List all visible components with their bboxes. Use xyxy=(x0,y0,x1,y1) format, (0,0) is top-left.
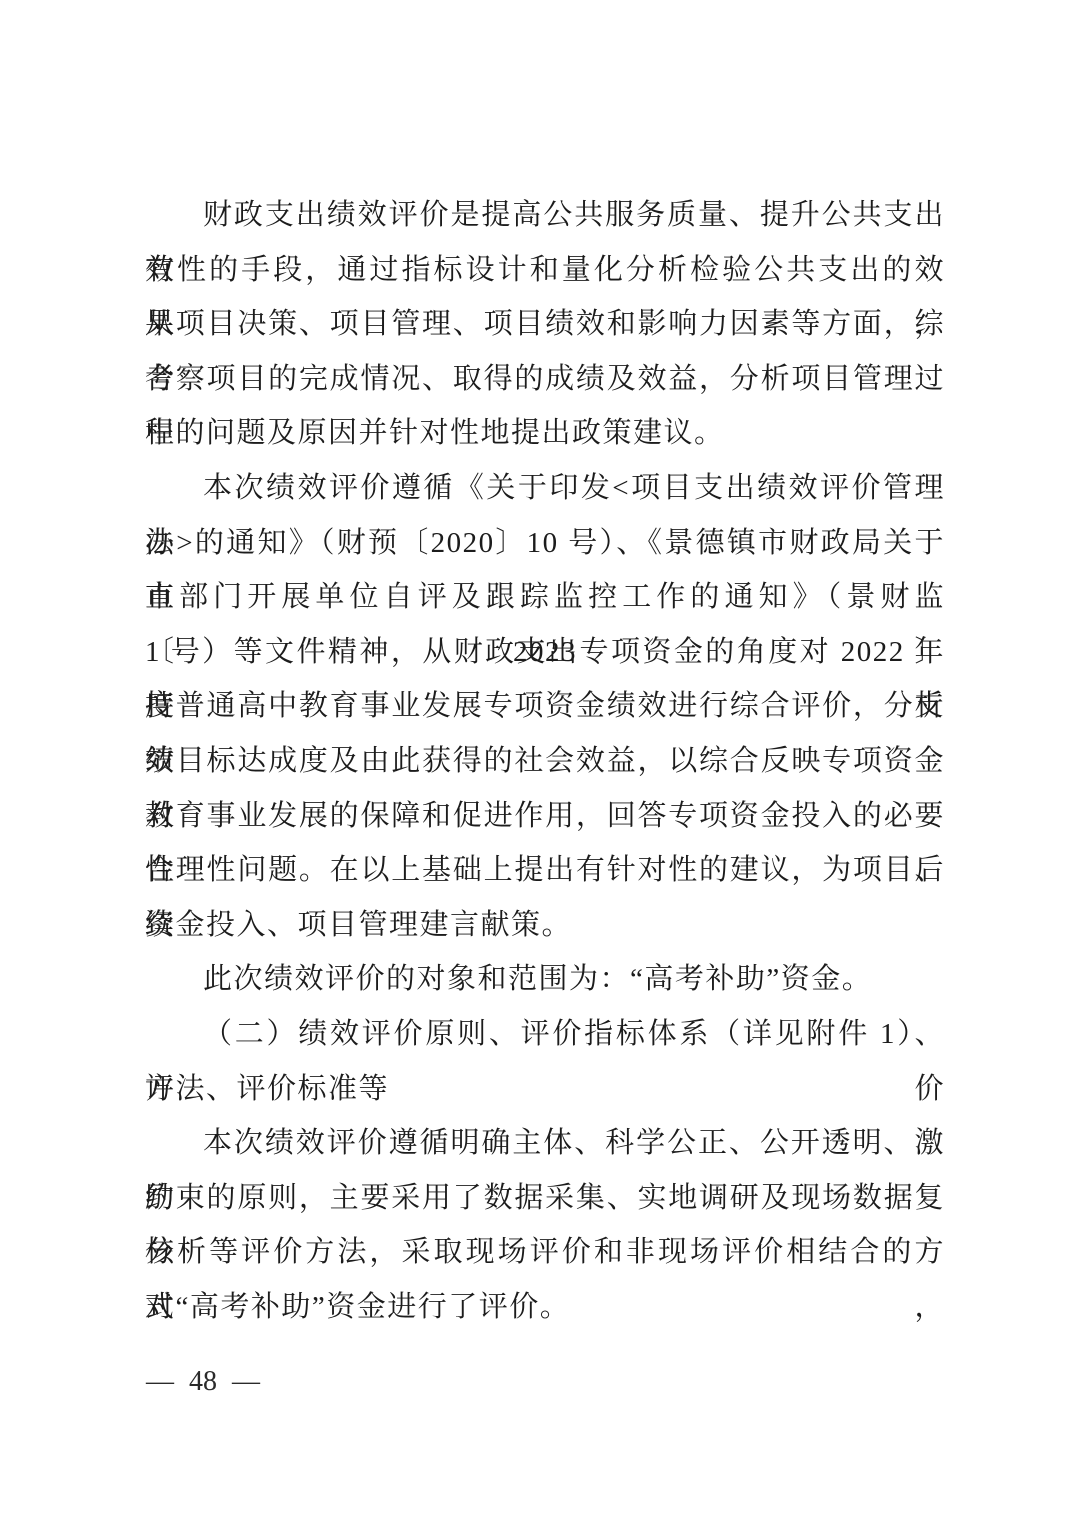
text-line: 合理性问题。在以上基础上提出有针对性的建议，为项目后续 xyxy=(145,843,945,898)
text-line: 持普通高中教育事业发展专项资金绩效进行综合评价，分析绩 xyxy=(145,679,945,734)
text-line: 资金投入、项目管理建言献策。 xyxy=(145,898,945,953)
text-line: 此次绩效评价的对象和范围为：“高考补助”资金。 xyxy=(145,952,945,1007)
text-line: 效性的手段，通过指标设计和量化分析检验公共支出的效果， xyxy=(145,243,945,298)
text-line: 直部门开展单位自评及跟踪监控工作的通知》（景财监〔2023〕 xyxy=(145,570,945,625)
document-page: 财政支出绩效评价是提高公共服务质量、提升公共支出有效性的手段，通过指标设计和量化… xyxy=(0,0,1074,1520)
text-line: 效目标达成度及由此获得的社会效益，以综合反映专项资金对 xyxy=(145,734,945,789)
text-line: 约束的原则，主要采用了数据采集、实地调研及现场数据复核 xyxy=(145,1171,945,1226)
paragraph: 财政支出绩效评价是提高公共服务质量、提升公共支出有效性的手段，通过指标设计和量化… xyxy=(145,188,945,461)
paragraph: 本次绩效评价遵循《关于印发<项目支出绩效评价管理办法>的通知》（财预〔2020〕… xyxy=(145,461,945,952)
paragraph: （二）绩效评价原则、评价指标体系（详见附件 1）、评价方法、评价标准等 xyxy=(145,1007,945,1116)
page-footer: — 48 — xyxy=(146,1362,260,1402)
text-line: 法>的通知》（财预〔2020〕10 号）、《景德镇市财政局关于市 xyxy=(145,516,945,571)
document-body: 财政支出绩效评价是提高公共服务质量、提升公共支出有效性的手段，通过指标设计和量化… xyxy=(145,188,945,1334)
text-line: 考察项目的完成情况、取得的成绩及效益，分析项目管理过程 xyxy=(145,352,945,407)
footer-dash-left: — xyxy=(146,1362,174,1402)
text-line: 财政支出绩效评价是提高公共服务质量、提升公共支出有 xyxy=(145,188,945,243)
text-line: 中的问题及原因并针对性地提出政策建议。 xyxy=(145,406,945,461)
text-line: 从项目决策、项目管理、项目绩效和影响力因素等方面，综合 xyxy=(145,297,945,352)
text-line: 1 号）等文件精神，从财政支出专项资金的角度对 2022 年度支 xyxy=(145,625,945,680)
text-line: 本次绩效评价遵循明确主体、科学公正、公开透明、激励 xyxy=(145,1116,945,1171)
text-line: （二）绩效评价原则、评价指标体系（详见附件 1）、评价 xyxy=(145,1007,945,1062)
page-number: 48 xyxy=(189,1362,217,1402)
paragraph: 本次绩效评价遵循明确主体、科学公正、公开透明、激励约束的原则，主要采用了数据采集… xyxy=(145,1116,945,1334)
footer-dash-right: — xyxy=(232,1362,260,1402)
text-line: 分析等评价方法，采取现场评价和非现场评价相结合的方式， xyxy=(145,1225,945,1280)
text-line: 教育事业发展的保障和促进作用，回答专项资金投入的必要性、 xyxy=(145,789,945,844)
text-line: 本次绩效评价遵循《关于印发<项目支出绩效评价管理办 xyxy=(145,461,945,516)
paragraph: 此次绩效评价的对象和范围为：“高考补助”资金。 xyxy=(145,952,945,1007)
